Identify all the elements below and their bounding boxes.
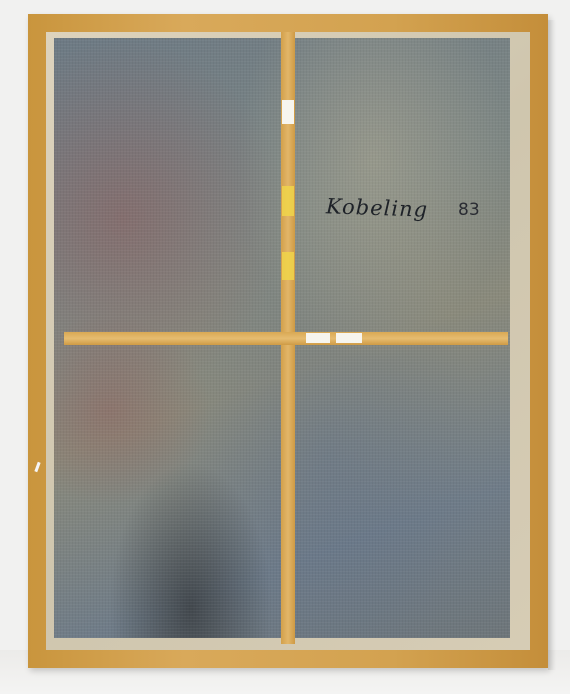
horizontal-crossbar	[64, 332, 508, 345]
label-sticker-crossbar-1	[306, 333, 330, 343]
signature-year: 83	[458, 200, 480, 220]
yellow-patch-upper	[282, 186, 294, 216]
label-sticker-crossbar-2	[336, 333, 362, 343]
label-sticker-vertical	[282, 100, 294, 124]
artist-signature: Kobeling	[326, 194, 429, 222]
wall-shadow	[548, 20, 556, 670]
yellow-patch-lower	[282, 252, 294, 280]
